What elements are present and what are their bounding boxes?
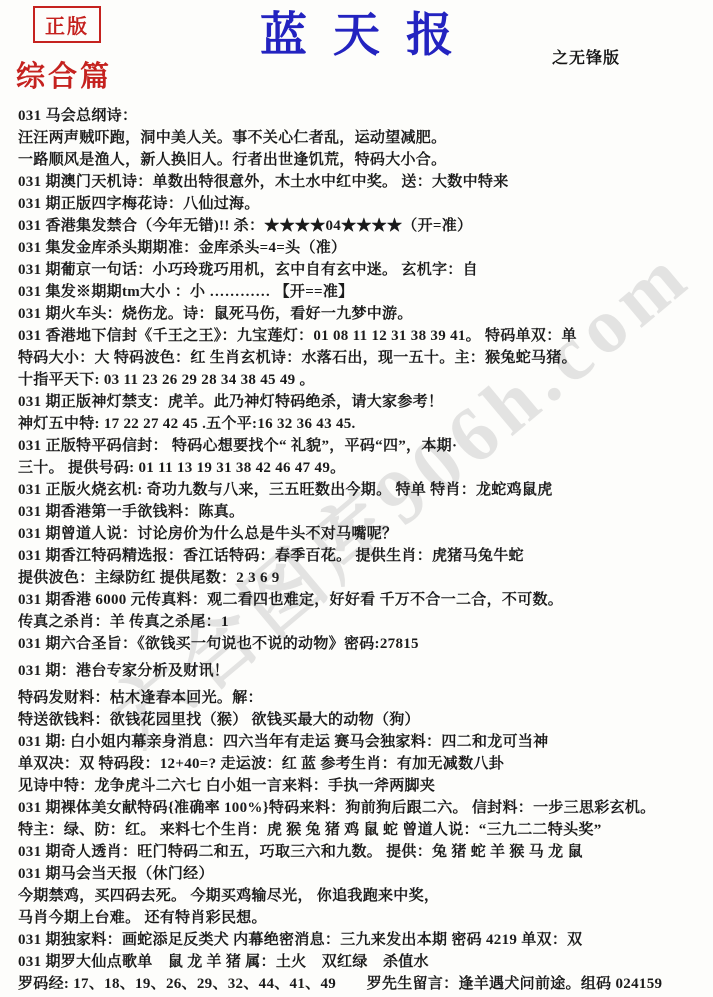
text-line: 031 期独家料：画蛇添足反类犬 内幕绝密消息：三九来发出本期 密码 4219 … bbox=[18, 929, 708, 951]
section-title: 综合篇 bbox=[16, 54, 112, 95]
text-line: 031 期裸体美女献特码{准确率 100%}特码来料：狗前狗后跟二六。 信封料：… bbox=[18, 797, 708, 819]
text-line: 031 期香港第一手欲钱料：陈真。 bbox=[18, 501, 708, 523]
text-line: 见诗中特：龙争虎斗二六七 白小姐一言来料：手执一斧两脚夹 bbox=[18, 775, 708, 797]
text-line: 031 集发※期期tm大小 ：小 ………… 【开==准】 bbox=[18, 281, 708, 303]
text-line: 罗码经: 17、18、19、26、29、32、44、41、49 罗先生留言：逢羊… bbox=[18, 973, 708, 995]
text-line: 提供波色：主绿防红 提供尾数：2 3 6 9 bbox=[18, 567, 708, 589]
text-line: 十指平天下: 03 11 23 26 29 28 34 38 45 49 。 bbox=[18, 369, 708, 391]
text-line: 031 期奇人透肖：旺门特码二和五，巧取三六和九数。 提供：兔 猪 蛇 羊 猴 … bbox=[18, 841, 708, 863]
newspaper-page: 正版 蓝天报 之无锋版 综合篇 六合图库906h.com 031 马会总纲诗：汪… bbox=[0, 0, 713, 997]
text-line: 031 期曾道人说：讨论房价为什么总是牛头不对马嘴呢？ bbox=[18, 523, 708, 545]
text-line: 031 期六合圣旨：《欲钱买一句说也不说的动物》密码:27815 bbox=[18, 633, 708, 655]
body-lines: 031 马会总纲诗：汪汪两声贼吓跑，洞中美人关。事不关心仁者乱，运动望减肥。一路… bbox=[18, 105, 708, 995]
edition-label: 之无锋版 bbox=[552, 45, 620, 68]
text-line: 特码发财料：枯木逢春本回光。解： bbox=[18, 687, 708, 709]
text-line: 031 正版火烧玄机: 奇功九数与八来，三五旺数出今期。 特单 特肖：龙蛇鸡鼠虎 bbox=[18, 479, 708, 501]
text-line: 031 马会总纲诗： bbox=[18, 105, 708, 127]
text-line: 031 期: 白小姐内幕亲身消息：四六当年有走运 赛马会独家料：四二和龙可当神 bbox=[18, 731, 708, 753]
text-line: 三十。 提供号码: 01 11 13 19 31 38 42 46 47 49。 bbox=[18, 457, 708, 479]
text-line: 一路顺风是渔人，新人换旧人。行者出世逢饥荒，特码大小合。 bbox=[18, 149, 708, 171]
text-line: 031 期葡京一句话：小巧玲珑巧用机，玄中自有玄中迷。 玄机字：自 bbox=[18, 259, 708, 281]
text-line: 汪汪两声贼吓跑，洞中美人关。事不关心仁者乱，运动望减肥。 bbox=[18, 127, 708, 149]
text-line: 031 期马会当天报（休门经） bbox=[18, 863, 708, 885]
text-line: 031 期罗大仙点歌单 鼠 龙 羊 猪 属：土火 双红绿 杀值水 bbox=[18, 951, 708, 973]
text-line: 传真之杀肖：羊 传真之杀尾：1 bbox=[18, 611, 708, 633]
text-line: 单双决：双 特码段：12+40=? 走运波：红 蓝 参考生肖：有加无减数八卦 bbox=[18, 753, 708, 775]
text-line: 神灯五中特: 17 22 27 42 45 .五个平:16 32 36 43 4… bbox=[18, 413, 708, 435]
text-line: 031 期正版神灯禁支：虎羊。此乃神灯特码绝杀，请大家参考！ bbox=[18, 391, 708, 413]
text-line: 今期禁鸡，买四码去死。 今期买鸡输尽光， 你追我跑来中奖， bbox=[18, 885, 708, 907]
text-line: 031 集发金库杀头期期准：金库杀头=4=头（准） bbox=[18, 237, 708, 259]
text-line: 031 期香江特码精选报：香江话特码：春季百花。 提供生肖：虎猪马兔牛蛇 bbox=[18, 545, 708, 567]
text-line: 特送欲钱料：欲钱花园里找（猴） 欲钱买最大的动物（狗） bbox=[18, 709, 708, 731]
text-line: 马肖今期上台难。 还有特肖彩民想。 bbox=[18, 907, 708, 929]
text-line: 031 正版特平码信封： 特码心想要找个“ 礼貌”，平码“四”，本期· bbox=[18, 435, 708, 457]
text-line: 特码大小：大 特码波色：红 生肖玄机诗：水落石出，现一五十。主：猴兔蛇马猪。 bbox=[18, 347, 708, 369]
text-line: 特主：绿、防：红。 来料七个生肖：虎 猴 兔 猪 鸡 鼠 蛇 曾道人说：“三九二… bbox=[18, 819, 708, 841]
text-line: 031 香港地下信封《千王之王》：九宝莲灯：01 08 11 12 31 38 … bbox=[18, 325, 708, 347]
text-line: 031 期香港 6000 元传真料：观二看四也难定，好好看 千万不合一二合，不可… bbox=[18, 589, 708, 611]
text-line: 031 期澳门天机诗：单数出特很意外，木土水中红中奖。 送：大数中特来 bbox=[18, 171, 708, 193]
text-line: 031 香港集发禁合（今年无错)!! 杀：★★★★04★★★★（开=准） bbox=[18, 215, 708, 237]
text-line: 031 期：港台专家分析及财讯！ bbox=[18, 660, 708, 682]
text-line: 031 期火车头：烧伤龙。诗：鼠死马伤，看好一九梦中游。 bbox=[18, 303, 708, 325]
text-line: 031 期正版四字梅花诗：八仙过海。 bbox=[18, 193, 708, 215]
